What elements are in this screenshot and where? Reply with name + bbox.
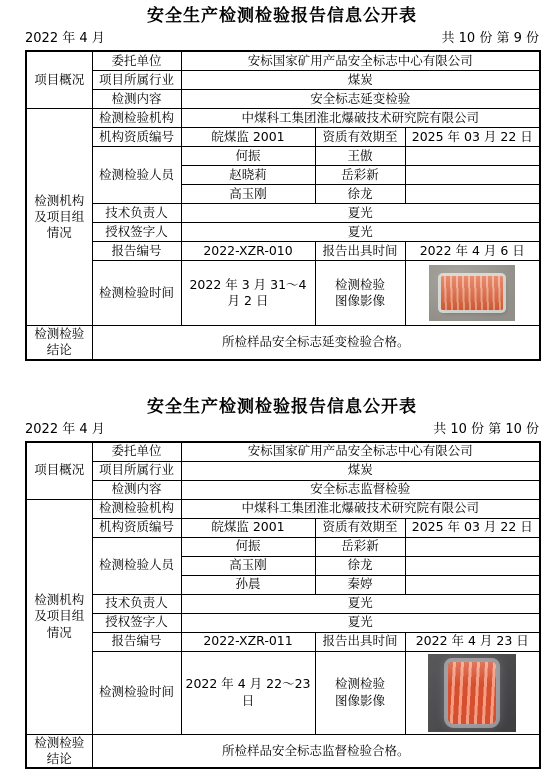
value-license-no: 皖煤监 2001 (181, 518, 315, 537)
label-test-image-line: 检测检验 (318, 277, 403, 293)
value-license-valid: 2025 年 03 月 22 日 (405, 128, 540, 147)
label-authorized-signer: 授权签字人 (92, 613, 181, 632)
table-row: 检测检验时间 2022 年 4 月 22～23 日 检测检验 图像影像 (26, 651, 540, 734)
value-report-issue-date: 2022 年 4 月 6 日 (405, 242, 540, 261)
label-report-no: 报告编号 (92, 632, 181, 651)
table-row: 项目概况 委托单位 安标国家矿用产品安全标志中心有限公司 (26, 442, 540, 462)
personnel-name: 岳彩新 (315, 537, 405, 556)
table-row: 项目所属行业 煤炭 (26, 461, 540, 480)
label-personnel: 检测检验人员 (92, 537, 181, 594)
label-test-image-line: 图像影像 (318, 693, 403, 709)
label-agency: 检测检验机构 (92, 109, 181, 128)
value-authorized-signer: 夏光 (181, 223, 540, 242)
label-test-image-line: 图像影像 (318, 293, 403, 309)
section-label-line: 检测检验 (29, 735, 90, 751)
table-row: 机构资质编号 皖煤监 2001 资质有效期至 2025 年 03 月 22 日 (26, 518, 540, 537)
personnel-name: 岳彩新 (315, 166, 405, 185)
personnel-name-empty (405, 575, 540, 594)
value-client-unit: 安标国家矿用产品安全标志中心有限公司 (181, 442, 540, 462)
report-table-1: 项目概况 委托单位 安标国家矿用产品安全标志中心有限公司 项目所属行业 煤炭 检… (25, 50, 541, 361)
table-row: 检测检验 结论 所检样品安全标志延变检验合格。 (26, 326, 540, 360)
label-report-issue-time: 报告出具时间 (315, 242, 405, 261)
table-row: 检测内容 安全标志延变检验 (26, 90, 540, 109)
label-agency: 检测检验机构 (92, 499, 181, 518)
value-test-content: 安全标志延变检验 (181, 90, 540, 109)
section-label-line: 检测检验 (29, 326, 90, 342)
table-row: 报告编号 2022-XZR-011 报告出具时间 2022 年 4 月 23 日 (26, 632, 540, 651)
label-license-valid: 资质有效期至 (315, 518, 405, 537)
label-license-no: 机构资质编号 (92, 518, 181, 537)
value-tech-lead: 夏光 (181, 594, 540, 613)
report-copies: 共 10 份 第 9 份 (442, 31, 539, 47)
value-conclusion: 所检样品安全标志延变检验合格。 (92, 326, 540, 360)
section-label-project-overview: 项目概况 (26, 442, 92, 500)
sample-sticks-pack (448, 662, 496, 724)
table-row: 技术负责人 夏光 (26, 204, 540, 223)
section-label-line: 检测机构 (29, 193, 90, 209)
table-row: 检测检验人员 何振 岳彩新 (26, 537, 540, 556)
label-personnel: 检测检验人员 (92, 147, 181, 204)
label-test-content: 检测内容 (92, 90, 181, 109)
label-client-unit: 委托单位 (92, 442, 181, 462)
label-test-time: 检测检验时间 (92, 651, 181, 734)
label-industry: 项目所属行业 (92, 461, 181, 480)
personnel-name: 秦婷 (315, 575, 405, 594)
personnel-name: 高玉刚 (181, 556, 315, 575)
section-label-org-group: 检测机构 及项目组 情况 (26, 499, 92, 734)
section-label-line: 结论 (29, 342, 90, 358)
label-license-valid: 资质有效期至 (315, 128, 405, 147)
value-license-no: 皖煤监 2001 (181, 128, 315, 147)
value-industry: 煤炭 (181, 71, 540, 90)
report-date: 2022 年 4 月 (25, 31, 105, 47)
report-table-2: 项目概况 委托单位 安标国家矿用产品安全标志中心有限公司 项目所属行业 煤炭 检… (25, 441, 541, 770)
label-authorized-signer: 授权签字人 (92, 223, 181, 242)
table-row: 检测检验人员 何振 王傲 (26, 147, 540, 166)
report-meta: 2022 年 4 月 共 10 份 第 10 份 (25, 422, 539, 438)
table-row: 技术负责人 夏光 (26, 594, 540, 613)
label-tech-lead: 技术负责人 (92, 204, 181, 223)
sample-photo (428, 654, 516, 732)
value-industry: 煤炭 (181, 461, 540, 480)
value-conclusion: 所检样品安全标志监督检验合格。 (92, 734, 540, 768)
table-row: 项目所属行业 煤炭 (26, 71, 540, 90)
value-client-unit: 安标国家矿用产品安全标志中心有限公司 (181, 51, 540, 71)
personnel-name: 何振 (181, 537, 315, 556)
value-report-issue-date: 2022 年 4 月 23 日 (405, 632, 540, 651)
table-row: 授权签字人 夏光 (26, 223, 540, 242)
personnel-name-empty (405, 185, 540, 204)
label-test-content: 检测内容 (92, 480, 181, 499)
table-row: 检测内容 安全标志监督检验 (26, 480, 540, 499)
section-label-line: 情况 (29, 625, 90, 641)
value-tech-lead: 夏光 (181, 204, 540, 223)
value-test-time: 2022 年 3 月 31～4 月 2 日 (181, 261, 315, 326)
personnel-name: 徐龙 (315, 556, 405, 575)
report-title: 安全生产检测检验报告信息公开表 (25, 391, 539, 418)
personnel-name-empty (405, 537, 540, 556)
table-row: 项目概况 委托单位 安标国家矿用产品安全标志中心有限公司 (26, 51, 540, 71)
table-row: 报告编号 2022-XZR-010 报告出具时间 2022 年 4 月 6 日 (26, 242, 540, 261)
personnel-name: 高玉刚 (181, 185, 315, 204)
label-test-image: 检测检验 图像影像 (315, 261, 405, 326)
section-label-line: 情况 (29, 225, 90, 241)
value-agency: 中煤科工集团淮北爆破技术研究院有限公司 (181, 499, 540, 518)
label-tech-lead: 技术负责人 (92, 594, 181, 613)
section-label-line: 检测机构 (29, 592, 90, 608)
value-license-valid: 2025 年 03 月 22 日 (405, 518, 540, 537)
table-row: 检测机构 及项目组 情况 检测检验机构 中煤科工集团淮北爆破技术研究院有限公司 (26, 109, 540, 128)
report-copies: 共 10 份 第 10 份 (433, 422, 539, 438)
sample-photo (429, 265, 515, 321)
label-test-image-line: 检测检验 (318, 676, 403, 692)
label-license-no: 机构资质编号 (92, 128, 181, 147)
label-report-no: 报告编号 (92, 242, 181, 261)
report-meta: 2022 年 4 月 共 10 份 第 9 份 (25, 31, 539, 47)
section-label-line: 及项目组 (29, 608, 90, 624)
value-report-no: 2022-XZR-010 (181, 242, 315, 261)
table-row: 授权签字人 夏光 (26, 613, 540, 632)
sample-photo-cell (405, 261, 540, 326)
label-test-image: 检测检验 图像影像 (315, 651, 405, 734)
section-label-org-group: 检测机构 及项目组 情况 (26, 109, 92, 326)
sample-sticks-pack (441, 276, 503, 310)
table-row: 检测检验时间 2022 年 3 月 31～4 月 2 日 检测检验 图像影像 (26, 261, 540, 326)
report-title: 安全生产检测检验报告信息公开表 (25, 0, 539, 27)
label-test-time: 检测检验时间 (92, 261, 181, 326)
value-agency: 中煤科工集团淮北爆破技术研究院有限公司 (181, 109, 540, 128)
label-industry: 项目所属行业 (92, 71, 181, 90)
personnel-name-empty (405, 166, 540, 185)
section-label-line: 结论 (29, 751, 90, 767)
value-authorized-signer: 夏光 (181, 613, 540, 632)
table-row: 机构资质编号 皖煤监 2001 资质有效期至 2025 年 03 月 22 日 (26, 128, 540, 147)
value-test-content: 安全标志监督检验 (181, 480, 540, 499)
table-row: 检测机构 及项目组 情况 检测检验机构 中煤科工集团淮北爆破技术研究院有限公司 (26, 499, 540, 518)
report-date: 2022 年 4 月 (25, 422, 105, 438)
label-report-issue-time: 报告出具时间 (315, 632, 405, 651)
report-section-1: 安全生产检测检验报告信息公开表 2022 年 4 月 共 10 份 第 9 份 … (25, 0, 539, 361)
section-label-conclusion: 检测检验 结论 (26, 326, 92, 360)
report-section-2: 安全生产检测检验报告信息公开表 2022 年 4 月 共 10 份 第 10 份… (25, 391, 539, 770)
value-report-no: 2022-XZR-011 (181, 632, 315, 651)
section-label-conclusion: 检测检验 结论 (26, 734, 92, 768)
personnel-name: 孙晨 (181, 575, 315, 594)
personnel-name: 徐龙 (315, 185, 405, 204)
personnel-name: 何振 (181, 147, 315, 166)
personnel-name-empty (405, 556, 540, 575)
label-client-unit: 委托单位 (92, 51, 181, 71)
personnel-name: 赵晓莉 (181, 166, 315, 185)
section-label-project-overview: 项目概况 (26, 51, 92, 109)
section-label-line: 及项目组 (29, 209, 90, 225)
value-test-time: 2022 年 4 月 22～23 日 (181, 651, 315, 734)
sample-photo-cell (405, 651, 540, 734)
document-page: 安全生产检测检验报告信息公开表 2022 年 4 月 共 10 份 第 9 份 … (25, 0, 539, 769)
personnel-name: 王傲 (315, 147, 405, 166)
personnel-name-empty (405, 147, 540, 166)
table-row: 检测检验 结论 所检样品安全标志监督检验合格。 (26, 734, 540, 768)
